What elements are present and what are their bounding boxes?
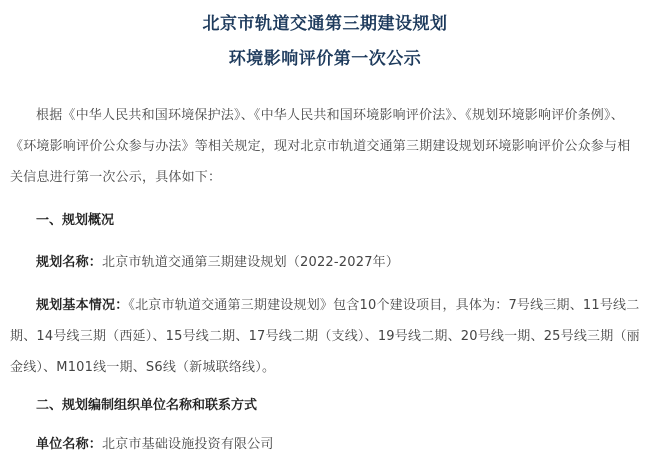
section1-heading: 一、规划概况 — [36, 209, 114, 228]
plan-basic-field: 规划基本情况：《北京市轨道交通第三期建设规划》包含10个建设项目，具体为：7号线… — [10, 290, 642, 383]
document-page: 北京市轨道交通第三期建设规划 环境影响评价第一次公示 根据《中华人民共和国环境保… — [0, 0, 650, 458]
plan-name-value: 北京市轨道交通第三期建设规划（2022-2027年） — [102, 255, 399, 270]
unit-name-value: 北京市基础设施投资有限公司 — [102, 437, 274, 452]
intro-paragraph: 根据《中华人民共和国环境保护法》、《中华人民共和国环境影响评价法》、《规划环境影… — [10, 100, 642, 193]
plan-name-field: 规划名称：北京市轨道交通第三期建设规划（2022-2027年） — [10, 247, 642, 278]
document-title-line1: 北京市轨道交通第三期建设规划 — [0, 9, 650, 34]
unit-name-field: 单位名称：北京市基础设施投资有限公司 — [10, 429, 642, 458]
document-title-line2: 环境影响评价第一次公示 — [0, 44, 650, 69]
plan-name-label: 规划名称： — [36, 255, 102, 270]
section2-heading: 二、规划编制组织单位名称和联系方式 — [36, 394, 257, 413]
unit-name-label: 单位名称： — [36, 437, 102, 452]
plan-basic-label: 规划基本情况： — [36, 298, 128, 313]
